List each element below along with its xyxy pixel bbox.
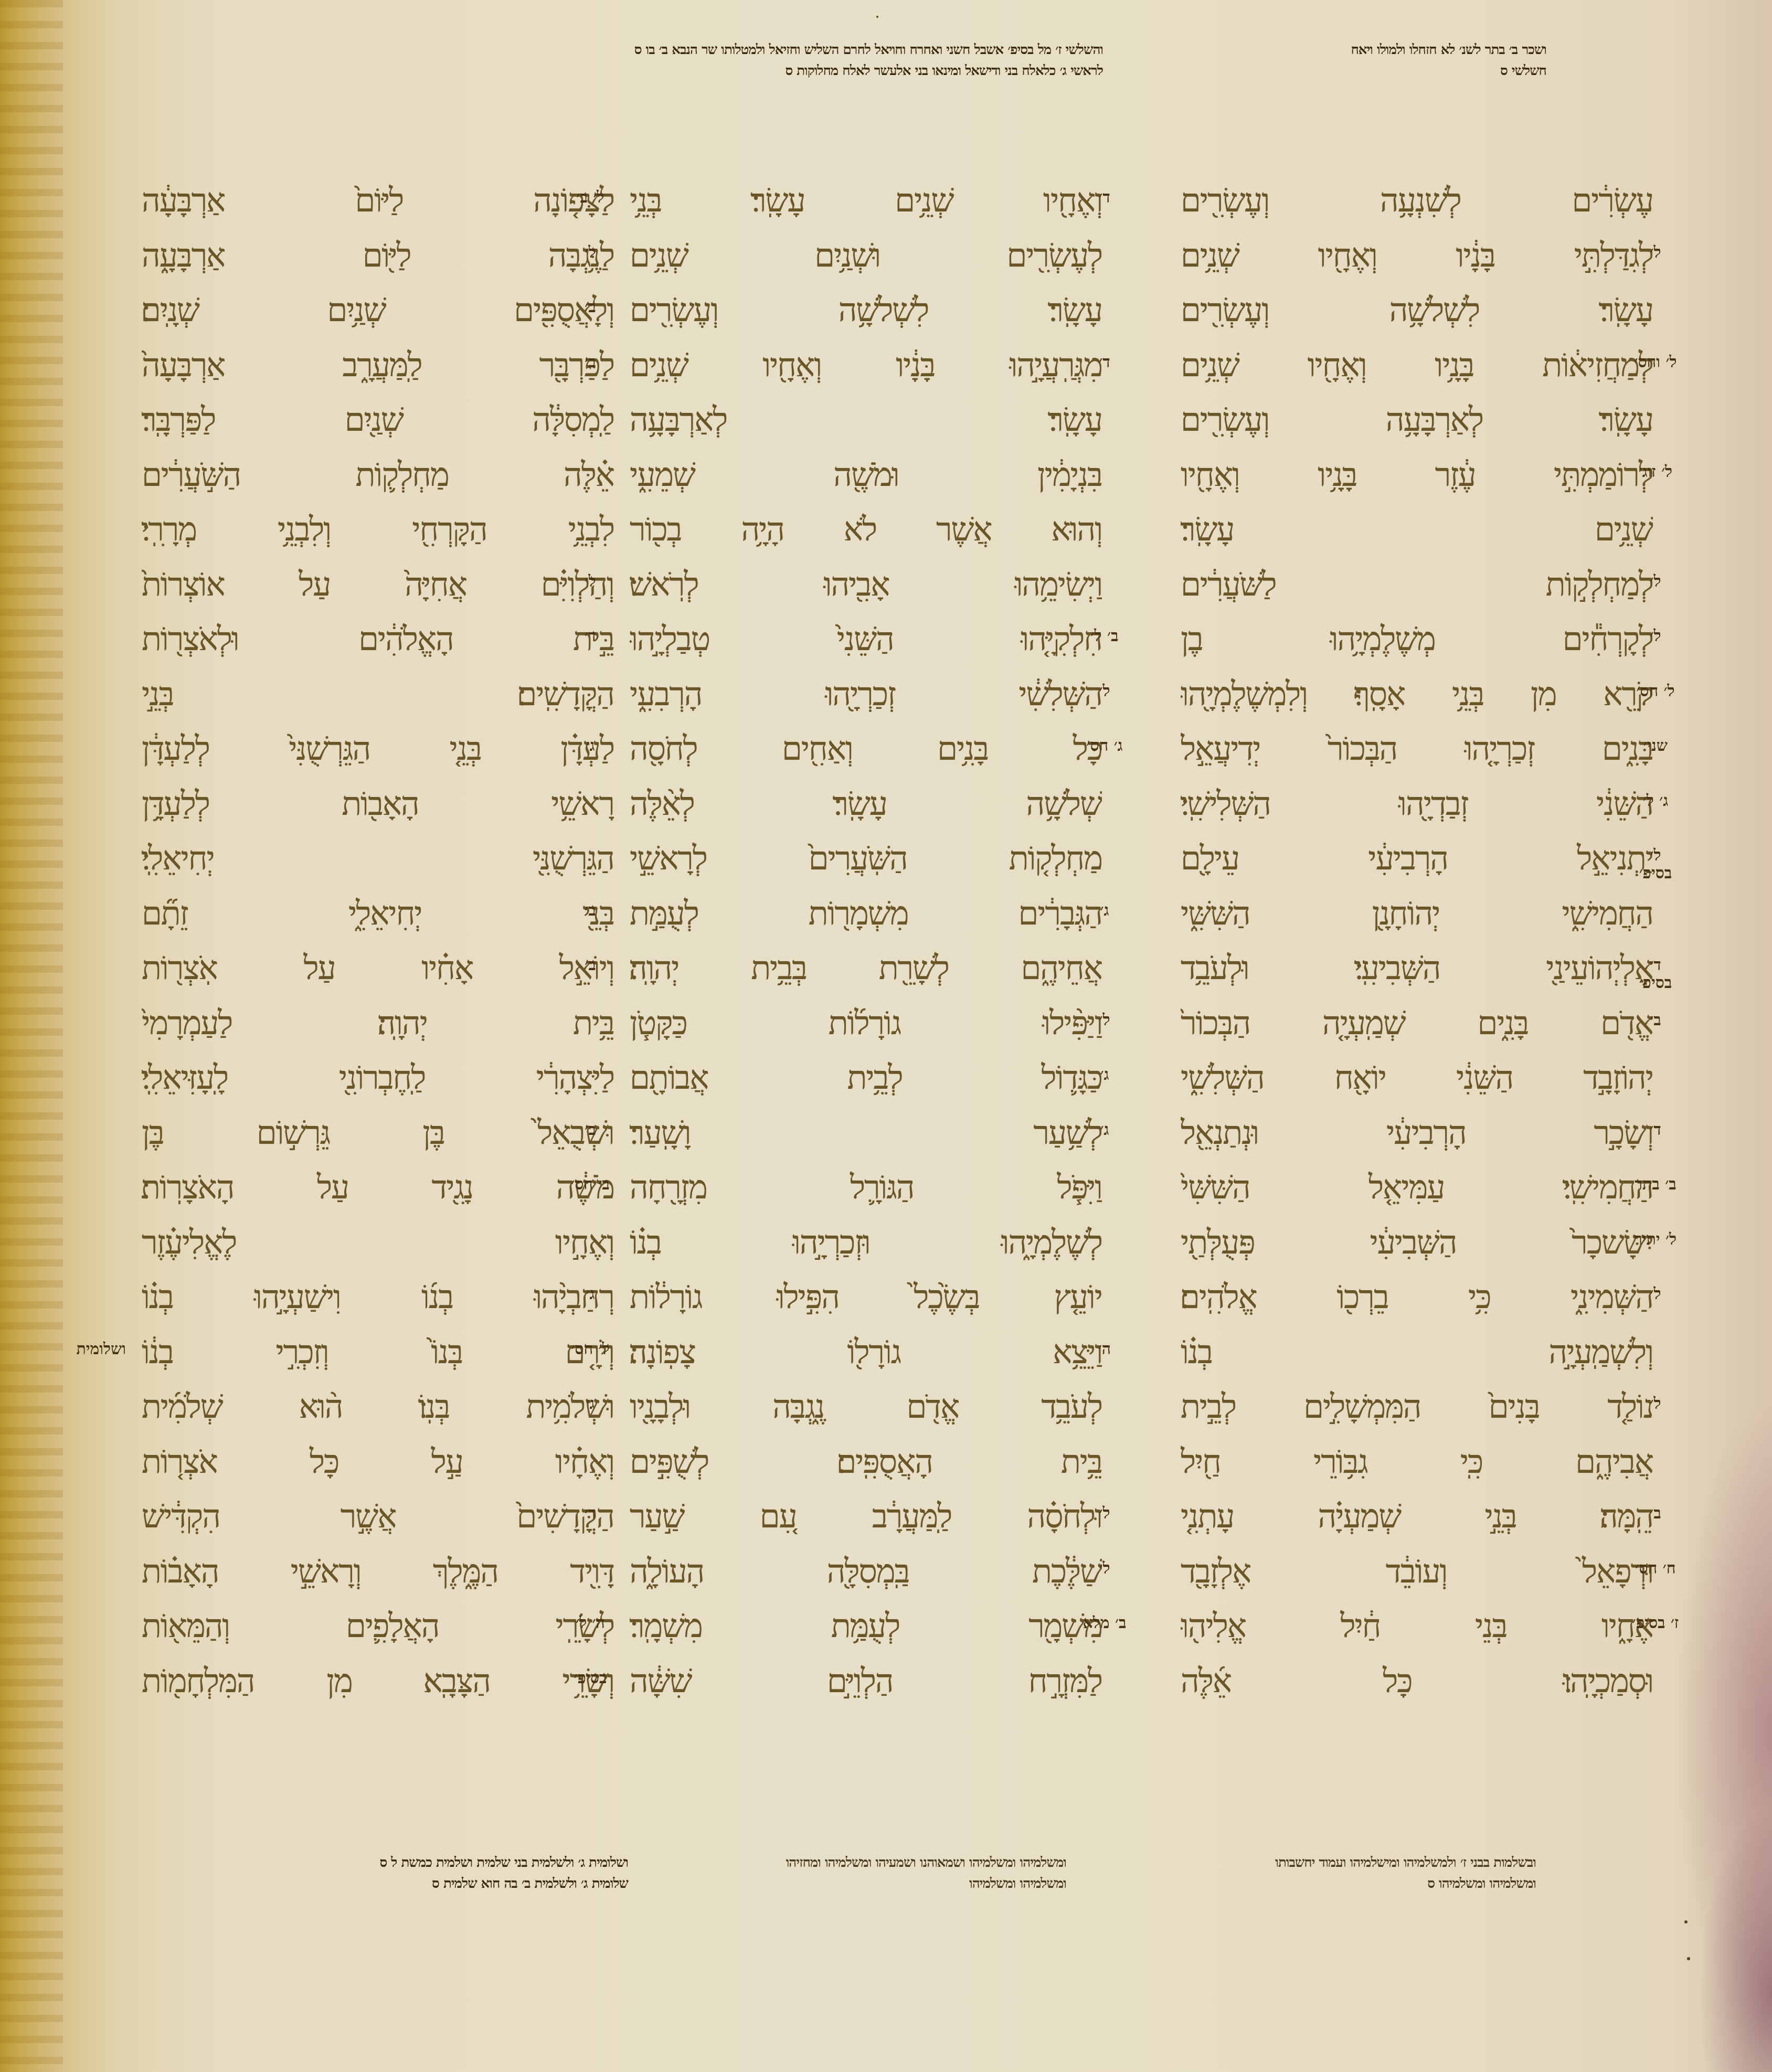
masorah-parva-note: ג׳ — [1081, 1066, 1128, 1084]
text-line: לְגִדַּלְתִּ֣י בָּנָ֔יו וְאֶחָ֖יו שְׁנֵ֥… — [1181, 228, 1653, 283]
text-line: וְלָאֲסֻפִּ֖ים שְׁנַ֥יִם שְׁנָֽיִם׃ — [142, 283, 614, 338]
masorah-parva-note: ב׳ — [1632, 1012, 1679, 1029]
masorah-parva-note: שני׳ — [1632, 737, 1679, 755]
mm-line: ושכר ב׳ בתר לשנ׳ לא חזחלו ולמולו ויאח — [1137, 39, 1546, 60]
mm-line: ומשלמיהו ומשלמיהו ס — [1127, 1873, 1536, 1894]
text-line: לִבְנֵ֥י הַקָּרְחִ֖י וְלִבְנֵ֥י מְרָרִֽי… — [142, 502, 614, 557]
masorah-parva-note: ל׳ — [567, 573, 614, 591]
text-line: וְאֶחָ֗יו עַ֣ל כָּל אֹצְר֤וֹת — [142, 1435, 614, 1490]
text-line: לְשַׁ֥עַר וָשָֽׁעַר׃ — [630, 1106, 1102, 1161]
text-line: מַחְלְק֤וֹת הַשֹּֽׁעֲרִים֙ לְרָאשֵׁ֣י — [630, 831, 1102, 886]
mm-line: ומשלמיהו ומשלמיהו ושמאוהנו ושמעיהו ומשלמ… — [667, 1852, 1066, 1873]
text-line: הַשֵּׁנִ֔י זְבַדְיָ֖הוּ הַשְּׁלִישִֽׁי׃ — [1181, 777, 1653, 832]
masorah-parva-note: ב׳ מלא — [1081, 1614, 1128, 1632]
text-line: עָשָֽׂר׃ לְאַרְבָּעָ֥ה — [630, 392, 1102, 448]
mm-line: שלומית ג׳ ולשלמית ב׳ בה חוא שלמית ס — [124, 1873, 628, 1894]
text-line: שְׁנֵ֥ים עָשָֽׂר׃ — [1181, 502, 1653, 557]
text-line: הַגְּבָרִ֔ים מִשְׁמָר֖וֹת לְעֻמַּ֣ת — [630, 886, 1102, 941]
masorah-parva-note: ה׳ ל׳ — [567, 1614, 614, 1632]
masorah-parva-note: ב׳ חס׳ — [567, 1176, 614, 1194]
text-line: וּשְׁלֹמִ֥ית בְּנֽוֹ׃ ה֨וּא שְׁלֹמִ֜ית — [142, 1379, 614, 1435]
masorah-parva-note: ל׳ — [1632, 628, 1679, 645]
text-line: וְהוּא אֲשֶׁר לֹא הָיָ֥ה בְכ֖וֹר — [630, 502, 1102, 557]
text-line: אֶחָ֑יו בְּנֵי חַ֔יִל אֱלִיה֖וּ — [1181, 1599, 1653, 1654]
text-line: וַיִּפֹּ֧ל הַגּוֹרָ֛ל מִזְרָ֖חָה — [630, 1160, 1102, 1215]
text-line: לְעֹבֵ֥ד אֱדֹ֖ם נֶ֑גְבָּה וּלְבָנָ֖יו — [630, 1379, 1102, 1435]
masorah-parva-note: ל׳ — [1081, 1505, 1128, 1523]
text-line: יְהוֹזָבָ֣ד הַשֵּׁנִ֔י יוֹאָ֖ח הַשְּׁלִש… — [1181, 1050, 1653, 1106]
masorah-parva-note: ל׳ — [1081, 1560, 1128, 1578]
masorah-parva-note: ל׳ — [1081, 683, 1128, 700]
text-line: לַפַּרְבָּ֖ר לַֽמַּעֲרָ֑ב אַרְבָּעָה֙ — [142, 338, 614, 393]
text-line: וְהַלְוִיִּ֗ם אֲחִיָּה֙ עַל אוֹצְרוֹת֙ — [142, 557, 614, 612]
text-line: וְיוֹאֵ֣ל אָחִ֗יו עַל אֹֽצְר֖וֹת — [142, 941, 614, 996]
mm-line: והשלשי ז׳ מל בסיפ׳ אשבל חשני ואחרח וחויא… — [221, 39, 1103, 60]
text-line: חִלְקִיָּ֤הוּ הַשֵּׁנִי֙ טְבַלְיָ֣הוּ — [630, 612, 1102, 667]
text-line: אֲבִיהֶ֑ם כִּֽי גִבּ֥וֹרֵי חַ֖יִל — [1181, 1435, 1653, 1490]
masorah-parva-note: ה׳ — [1081, 1341, 1128, 1358]
masorah-parva-note: בסיפ׳ — [567, 1670, 614, 1687]
masorah-parva-note: ל׳ ב׳ — [567, 189, 614, 207]
text-line: מִגְּרַֽעֲיָ֣הוּ בָּנָ֔יו וְאֶחָ֖יו שְׁנ… — [630, 338, 1102, 393]
masorah-parva-note: ב׳ — [567, 354, 614, 371]
masorah-parva-note: ל׳ זוג׳ — [1632, 463, 1679, 481]
text-line: אֱדֹ֖ם בָּנִ֑ים שְׁמַֽעְיָ֤ה הַבְּכוֹר֙ — [1181, 996, 1653, 1051]
masorah-parva-note: ד׳ — [1632, 1121, 1679, 1139]
text-line: מִשְׁמָ֖ר לְעֻמַּ֥ת מִשְׁמָֽר׃ — [630, 1599, 1102, 1654]
text-line: בֵּ֥ית הָאֲסֻפִּֽים׃ לְשֻׁפִּ֣ים — [630, 1435, 1102, 1490]
masorah-parva-note: ל׳ חס׳ — [567, 1341, 614, 1358]
masorah-magna-top-right: ושכר ב׳ בתר לשנ׳ לא חזחלו ולמולו ויאח חש… — [1137, 39, 1546, 81]
text-line: הַחֲמִישִׁ֑י יְהוֹחָנָ֖ן הַשִּׁשִּׁ֑י — [1181, 886, 1653, 941]
text-line: מֹשֶׁ֔ה נָגִ֖יד עַל הָאֹצָרֽוֹת׃ — [142, 1160, 614, 1215]
masorah-magna-bottom-middle: ומשלמיהו ומשלמיהו ושמאוהנו ושמעיהו ומשלמ… — [667, 1852, 1066, 1894]
text-line: יַתְנִיאֵ֣ל הָרְבִיעִ֔י עֵילָ֖ם — [1181, 831, 1653, 886]
text-line: דָּוִ֖יד הַמֶּ֑לֶךְ וְרָאשֵׁ֣י הָאָב֗וֹת — [142, 1544, 614, 1599]
text-line: וְשָׂכָ֣ר הָרְבִיעִ֔י וּנְתַנְאֵ֖ל — [1181, 1106, 1653, 1161]
text-line: וְלִשְׁמַֽעְיָ֣ה בְנ֗וֹ — [1181, 1325, 1653, 1380]
text-line: לְשָׂרֵֽי הָאֲלָפִ֛ים וְהַמֵּא֖וֹת — [142, 1599, 614, 1654]
masorah-parva-note: ל׳ בסיפ׳ — [1632, 847, 1679, 883]
text-line: לַנֶּ֥גְבָּה לַיּ֖וֹם אַרְבָּעָ֑ה — [142, 228, 614, 283]
text-line: עָשָֽׂר׃ לִשְׁלֹשָׁ֥ה וְעֶשְׂרִ֖ים — [630, 283, 1102, 338]
manuscript-page: ושכר ב׳ בתר לשנ׳ לא חזחלו ולמולו ויאח חש… — [0, 0, 1772, 2072]
masorah-parva-note: ג׳ — [567, 1285, 614, 1303]
text-line: הֵֽמָּה׃ בְּנֵ֣י שְׁמַעְיָ֗ה עָתְנִ֤י — [1181, 1489, 1653, 1544]
text-line: לַיִּצְהָרִ֔י לַֽחֶבְרוֹנִ֖י לָֽעָזִּיאֵ… — [142, 1050, 614, 1106]
text-column-middle: וְאֶחָ֖יו שְׁנֵ֥ים עָשָֽׂר׃ בְּנֵ֥ילְעֶש… — [630, 173, 1102, 1708]
masorah-parva-note: ב׳ — [567, 957, 614, 974]
text-line: וַיַּפִּ֨ילוּ גוֹרָל֜וֹת כַּקָּטֹ֧ן — [630, 996, 1102, 1051]
text-line: רָאשֵׁ֥י הָאָב֖וֹת לְלַעְדָּ֥ן — [142, 777, 614, 832]
ink-speck — [1684, 1920, 1688, 1924]
mm-line: חשלשי ס — [1137, 60, 1546, 81]
masorah-parva-note: ל׳ — [1081, 1012, 1128, 1029]
text-line: לַצָּפ֤וֹנָה לַיּוֹם֙ אַרְבָּעָ֔ה — [142, 173, 614, 228]
text-line: לַעְדָּ֗ן בְּנֵ֤י הַגֵּרְשֻׁנִּי֙ לְלַעְ… — [142, 721, 614, 777]
text-line: עָשָֽׂר׃ לִשְׁלֹשָׁ֥ה וְעֶשְׂרִ֖ים — [1181, 283, 1653, 338]
text-line: לְשֶׁלֶמְיָ֑הוּ וּזְכַרְיָ֣הוּ בְנ֗וֹ — [630, 1215, 1102, 1270]
masorah-parva-note: ג׳ — [567, 1395, 614, 1413]
masorah-parva-note: ד׳ בסיפ׳ — [1632, 957, 1679, 992]
text-line: אֵ֗לֶּה מַחְלְק֛וֹת הַשֹּׁ֣עֲרִ֔ים — [142, 448, 614, 503]
text-line: שַׁלֶּ֔כֶת בַּֽמְסִלָּ֖ה הָעוֹלָ֑ה — [630, 1544, 1102, 1599]
masorah-parva-note: ג׳ — [1081, 1121, 1128, 1139]
text-line: אֶלְיְהוֹעֵינַ֖י הַשְּׁבִיעִֽי׃ וּלְעֹבֵ… — [1181, 941, 1653, 996]
text-line: שְׁלֹשָׁ֥ה עָשָֽׂר׃ לְאֵ֨לֶּה — [630, 777, 1102, 832]
masorah-parva-note: ב׳ ל׳ — [1081, 628, 1128, 645]
masorah-parva-note: ל׳ חס׳ — [1632, 683, 1679, 700]
text-line: נוֹלַ֤ד בָּנִים֙ הַמִּמְשָׁלִ֣ים לְבֵ֣ית — [1181, 1379, 1653, 1435]
masorah-parva-note: ל׳ — [1632, 1395, 1679, 1413]
masorah-parva-note: ב׳ בתר — [1632, 1176, 1679, 1194]
masorah-magna-bottom-left: ושלומית ג׳ ולשלמית בני שלמית ושלמית כמשת… — [124, 1852, 628, 1894]
masorah-parva-note: ל׳ — [1632, 1285, 1679, 1303]
text-line: הַקֳּדָשִׁים֙ אֲשֶׁ֣ר הִקְדִּ֔ישׁ — [142, 1489, 614, 1544]
text-line: בְּנֵ֖י יְחִיאֵלִ֑י זֵתָ֞ם — [142, 886, 614, 941]
text-column-right: עֶשְׂרִ֔ים לְשִׁנְעָ֥ה וְעֶשְׂרִ֖יםלְגִד… — [1181, 173, 1653, 1708]
text-line: הַקֳּדָשִֽׁים׃ בְּנֵ֣י — [142, 667, 614, 722]
text-line: לְמַחְלְק֣וֹת לַשֹּׁעֲרִ֔ים — [1181, 557, 1653, 612]
text-line: לַֽמְסִלָּ֔ה שְׁנַ֖יִם לַפַּרְבָּֽר׃ — [142, 392, 614, 448]
ink-speck — [1687, 1957, 1690, 1960]
mm-line: ובשלמות בבני ז׳ ולמשלמיהו ומישלמיהו ועמו… — [1127, 1852, 1536, 1873]
text-line: יוֹעֵ֤ץ בְּשֶׂ֙כֶל֙ הִפִּ֣ילוּ גוֹרָל֔וֹ… — [630, 1270, 1102, 1325]
mm-line: לראשי ג׳ כלאלח בני ודישאל ומינאו בני אלע… — [221, 60, 1103, 81]
text-line: יִשָּׂשכָר֙ הַשְּׁבִיעִ֔י פְּעֻלְּתַ֖י — [1181, 1215, 1653, 1270]
masorah-parva-note: ח׳ חס׳ — [1632, 1560, 1679, 1578]
text-line: לְמַחֲזִיא֔וֹת בָּנָ֥יו וְאֶחָ֖יו שְׁנֵ֥… — [1181, 338, 1653, 393]
text-line: הַשְּׁמִינִ֑י כִּ֥י בֵרְכ֖וֹ אֱלֹהִֽים׃ — [1181, 1270, 1653, 1325]
text-line: לְקָרְחִ֕ים מְשֶׁלֶמְיָ֥הוּ בֶן — [1181, 612, 1653, 667]
text-line: כָּל בָּנִ֥ים וְאַחִ֖ים לְחֹסָ֖ה — [630, 721, 1102, 777]
text-line: בִּנְיָמִ֔ין וּמֹשֶׁ֖ה שְׁמֵעִ֑י — [630, 448, 1102, 503]
text-line: עָשָֽׂר׃ לְאַרְבָּעָ֥ה וְעֶשְׂרִ֖ים — [1181, 392, 1653, 448]
text-line: בֵּ֥ית יְהוָֽה׃ לַעַמְרָמִי֙ — [142, 996, 614, 1051]
text-line: וּסְמַכְיָֽהוּ׃ כָּל אֵ֜לֶּה — [1181, 1654, 1653, 1709]
masorah-parva-note: ג׳ — [567, 737, 614, 755]
text-line: וְשָׂרֵ֥י הַצָּבָֽא׃ מִן הַמִּלְחָמ֖וֹת — [142, 1654, 614, 1709]
binding-edge — [0, 0, 63, 2072]
masorah-parva-note: ג׳ ל׳ — [1632, 792, 1679, 810]
masorah-parva-note: ד׳ — [1081, 354, 1128, 371]
text-line: הַגֵּרְשֻׁנִּ֖י יְחִיאֵלִֽי׃ — [142, 831, 614, 886]
text-line: וּרְפָאֵל֙ וְעוֹבֵ֔ד אֶלְזָבָ֖ד — [1181, 1544, 1653, 1599]
mm-line: ומשלמיהו ומשלמיהו — [667, 1873, 1066, 1894]
text-line: וּשְׁבֻאֵל֙ בֶּן גֵּרְשׁ֣וֹם בֶּן — [142, 1106, 614, 1161]
text-line: וְאֶחָ֣יו לֶאֱלִיעֶ֗זֶר — [142, 1215, 614, 1270]
masorah-parva-note: ד׳ — [567, 628, 614, 645]
masorah-parva-note: ל׳ וחס׳ — [1632, 354, 1679, 371]
text-line: הַחֲמִישִֽׁי׃ עַמִּיאֵ֤ל הַשִּׁשִּׁי֙ — [1181, 1160, 1653, 1215]
masorah-parva-note: ב׳ — [567, 299, 614, 316]
text-line: לַמִּזְרָ֣ח הַלְוִיִּ֣ם שִׁשָּׁ֔ה — [630, 1654, 1102, 1709]
masorah-parva-note: ל׳ — [1632, 573, 1679, 591]
text-line: וְאֶחָ֖יו שְׁנֵ֥ים עָשָֽׂר׃ בְּנֵ֥י — [630, 173, 1102, 228]
text-line: וּלְחֹסָ֗ה לַֽמַּעֲרָ֔ב עִ֚ם שַׁ֣עַר — [630, 1489, 1102, 1544]
text-line: לְרוֹמַמְתִּ֣י עֶ֔זֶר בָּנָ֥יו וְאֶחָ֖יו — [1181, 448, 1653, 503]
text-line: בֵּ֣ית הָאֱלֹהִ֔ים וּלְאֹצְר֖וֹת — [142, 612, 614, 667]
text-line: רְחַבְיָ֨הוּ בְנ֜וֹ וִישַׁעְיָ֣הוּ בְנ֗ו… — [142, 1270, 614, 1325]
text-line: אֲחֵיהֶ֑ם לְשָׁרֵ֖ת בְּבֵ֥ית יְהוָֽה׃ — [630, 941, 1102, 996]
text-line: וְיֹרָ֤ם בְּנוֹ֙ וְזִכְרִ֣י בְנ֔וֹ — [142, 1325, 614, 1380]
mm-line: ושלומית ג׳ ולשלמית בני שלמית ושלמית כמשת… — [124, 1852, 628, 1873]
masorah-parva-note: ג׳ חס׳ — [1081, 737, 1128, 755]
masorah-parva-note: ב׳ — [1632, 1505, 1679, 1523]
text-column-left: לַצָּפ֤וֹנָה לַיּוֹם֙ אַרְבָּעָ֔הלַנֶּ֥ג… — [142, 173, 614, 1708]
masorah-parva-note: ל׳ — [1632, 244, 1679, 262]
masorah-parva-note: ב׳ — [567, 902, 614, 920]
masorah-parva-note: ד׳ — [1081, 189, 1128, 207]
masorah-parva-note: ב׳ — [567, 1121, 614, 1139]
text-line: קֹרֵ֖א מִן בְּנֵ֥י אָסָֽף׃ וְלִמְשֶׁלֶמְ… — [1181, 667, 1653, 722]
masorah-parva-note: ל׳ יתיר — [1632, 1231, 1679, 1249]
masorah-parva-note: ד׳ — [567, 1505, 614, 1523]
masorah-parva-note: ושלומית — [79, 1341, 126, 1358]
ink-speck — [876, 16, 878, 18]
masorah-parva-note: ל׳ — [567, 244, 614, 262]
text-line: הַשְּׁלִשִׁ֔י זְכַרְיָ֖הוּ הָרְבִעִ֑י — [630, 667, 1102, 722]
text-line: וַיְשִׂימֵ֥הוּ אָבִ֖יהוּ לְרֹֽאשׁ׃ — [630, 557, 1102, 612]
masorah-parva-note: ג׳ — [1081, 902, 1128, 920]
masorah-magna-bottom-right: ובשלמות בבני ז׳ ולמשלמיהו ומישלמיהו ועמו… — [1127, 1852, 1536, 1894]
text-line: לְעֶשְׂרִ֖ים וּשְׁנַ֥יִם שְׁנֵ֥ים — [630, 228, 1102, 283]
text-line: עֶשְׂרִ֔ים לְשִׁנְעָ֥ה וְעֶשְׂרִ֖ים — [1181, 173, 1653, 228]
masorah-magna-top-left: והשלשי ז׳ מל בסיפ׳ אשבל חשני ואחרח וחויא… — [221, 39, 1103, 81]
masorah-parva-note: ז׳ בסיפ׳ — [1632, 1614, 1679, 1632]
text-line: בָּנִ֑ים זְכַרְיָ֤הוּ הַבְּכוֹר֙ יְדִיעֲ… — [1181, 721, 1653, 777]
text-line: כַּגָּד֛וֹל לְבֵ֥ית אֲבוֹתָ֖ם — [630, 1050, 1102, 1106]
text-line: וַיֵּצֵ֥א גוֹרָל֖וֹ צָפֽוֹנָה׃ — [630, 1325, 1102, 1380]
